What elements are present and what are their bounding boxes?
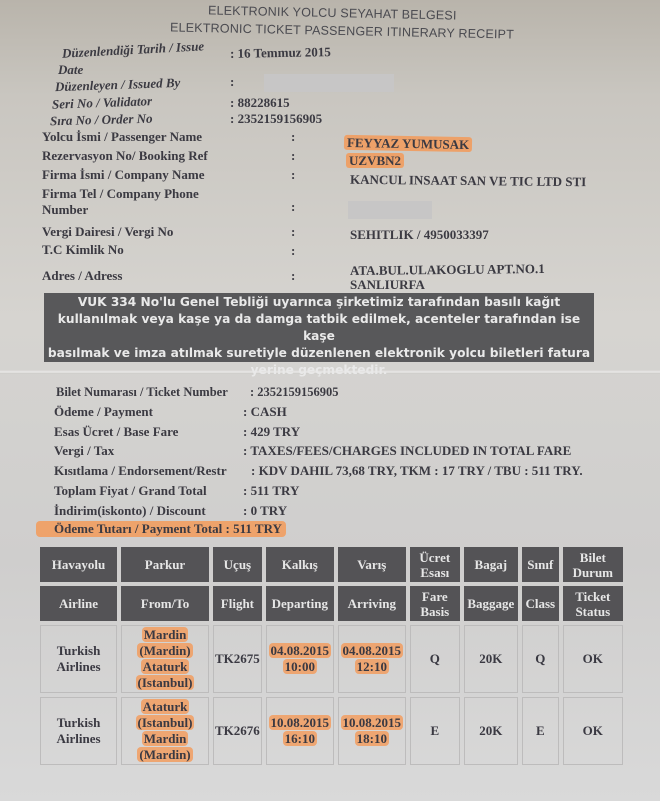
airline-cell: TurkishAirlines [40, 625, 117, 693]
order-no-value: : 2352159156905 [230, 111, 322, 127]
departing-cell: 10.08.201516:10 [266, 697, 334, 765]
redacted-phone [348, 201, 432, 219]
route-cell: Mardin (Mardin) Ataturk (Istanbul) [121, 625, 209, 693]
airline-cell: TurkishAirlines [40, 697, 117, 765]
notice-line: VUK 334 No'lu Genel Tebliği uyarınca şir… [44, 294, 594, 311]
col-header: From/To [121, 586, 209, 621]
colon: : [291, 129, 295, 145]
redacted-issuer [264, 74, 394, 92]
tax-notice: VUK 334 No'lu Genel Tebliği uyarınca şir… [44, 293, 594, 362]
discount-label: İndirim(iskonto) / Discount [54, 503, 206, 519]
order-no-label: Sıra No / Order No [50, 111, 153, 130]
payment-total-value: : 511 TRY [226, 521, 282, 536]
document-title-en: ELEKTRONIC TICKET PASSENGER ITINERARY RE… [170, 20, 514, 41]
colon: : [291, 148, 295, 164]
col-header: Class [522, 586, 559, 621]
company-phone-label: Firma Tel / Company Phone [42, 186, 199, 202]
validator-value: : 88228615 [230, 95, 290, 111]
flight-cell: TK2675 [213, 625, 262, 693]
tax-office-value: SEHITLIK / 4950033397 [350, 227, 489, 243]
flights-table: Havayolu Parkur Uçuş Kalkış Varış Ücret … [36, 543, 627, 769]
col-header: Fare Basis [410, 586, 460, 621]
baggage-cell: 20K [464, 625, 518, 693]
passenger-name-value: FEYYAZ YUMUSAK [344, 135, 472, 153]
header-row-tr: Havayolu Parkur Uçuş Kalkış Varış Ücret … [40, 547, 623, 582]
document-title-tr: ELEKTRONIK YOLCU SEYAHAT BELGESI [208, 3, 457, 22]
colon: : [291, 268, 295, 284]
discount-value: : 0 TRY [243, 503, 287, 519]
col-header: Havayolu [40, 547, 117, 582]
base-fare-label: Esas Ücret / Base Fare [54, 424, 178, 440]
fare-basis-cell: Q [410, 625, 460, 693]
issue-date-label: Düzenlendiği Tarih / Issue [62, 38, 205, 61]
fare-basis-cell: E [410, 697, 460, 765]
col-header: Kalkış [266, 547, 334, 582]
arriving-cell: 10.08.201518:10 [338, 697, 406, 765]
departing-cell: 04.08.201510:00 [266, 625, 334, 693]
col-header: Sınıf [522, 547, 559, 582]
address-label: Adres / Adress [42, 268, 122, 284]
status-cell: OK [563, 625, 623, 693]
header-row-en: Airline From/To Flight Departing Arrivin… [40, 586, 623, 621]
col-header: Bagaj [464, 547, 518, 582]
grand-total-value: : 511 TRY [243, 483, 299, 499]
payment-value: : CASH [243, 404, 287, 420]
ticket-number-value: : 2352159156905 [250, 385, 339, 400]
booking-ref-label: Rezervasyon No/ Booking Ref [42, 148, 208, 164]
col-header: Varış [338, 547, 406, 582]
colon: : [291, 199, 295, 215]
tax-value: : TAXES/FEES/CHARGES INCLUDED IN TOTAL F… [243, 443, 571, 459]
validator-label: Seri No / Validator [52, 93, 153, 112]
grand-total-label: Toplam Fiyat / Grand Total [54, 483, 207, 499]
address-line-2: SANLIURFA [350, 277, 425, 293]
col-header: Airline [40, 586, 117, 621]
tax-label: Vergi / Tax [54, 443, 114, 459]
col-header: Arriving [338, 586, 406, 621]
colon: : [291, 167, 295, 183]
tax-office-label: Vergi Dairesi / Vergi No [42, 224, 173, 240]
notice-line: kullanılmak veya kaşe ya da damga tatbik… [44, 311, 594, 345]
colon: : [291, 224, 295, 240]
col-header: Ticket Status [563, 586, 623, 621]
col-header: Ücret Esası [410, 547, 460, 582]
col-header: Departing [266, 586, 334, 621]
flight-cell: TK2676 [213, 697, 262, 765]
route-cell: Ataturk (Istanbul) Mardin (Mardin) [121, 697, 209, 765]
payment-label: Ödeme / Payment [54, 404, 153, 420]
company-phone-label-2: Number [42, 202, 88, 218]
issued-by-value: : [230, 74, 394, 92]
col-header: Bilet Durum [563, 547, 623, 582]
col-header: Parkur [121, 547, 209, 582]
ticket-number-label: Bilet Numarası / Ticket Number [56, 385, 228, 400]
table-row: TurkishAirlines Ataturk (Istanbul) Mardi… [40, 697, 623, 765]
passenger-name-label: Yolcu İsmi / Passenger Name [42, 129, 202, 145]
class-cell: Q [522, 625, 559, 693]
col-header: Baggage [464, 586, 518, 621]
status-cell: OK [563, 697, 623, 765]
tc-id-label: T.C Kimlik No [42, 242, 124, 258]
notice-line: basılmak ve imza atılmak suretiyle düzen… [44, 345, 594, 362]
col-header: Flight [213, 586, 262, 621]
class-cell: E [522, 697, 559, 765]
col-header: Uçuş [213, 547, 262, 582]
base-fare-value: : 429 TRY [243, 424, 300, 440]
endorsement-value: : KDV DAHIL 73,68 TRY, TKM : 17 TRY / TB… [251, 463, 583, 479]
colon: : [291, 243, 295, 259]
notice-line: yerine geçmektedir. [44, 362, 594, 379]
issued-by-label: Düzenleyen / Issued By [55, 75, 181, 95]
payment-total-label: Ödeme Tutarı / Payment Total [54, 521, 222, 536]
booking-ref-value: UZVBN2 [346, 153, 404, 169]
issue-date-value: : 16 Temmuz 2015 [230, 44, 331, 62]
company-name-value: KANCUL INSAAT SAN VE TIC LTD STI [350, 172, 586, 190]
arriving-cell: 04.08.201512:10 [338, 625, 406, 693]
endorsement-label: Kısıtlama / Endorsement/Restr [54, 463, 227, 479]
payment-total: Ödeme Tutarı / Payment Total : 511 TRY [36, 521, 286, 537]
company-name-label: Firma İsmi / Company Name [42, 167, 205, 183]
baggage-cell: 20K [464, 697, 518, 765]
issue-date-label-2: Date [58, 62, 83, 78]
table-row: TurkishAirlines Mardin (Mardin) Ataturk … [40, 625, 623, 693]
